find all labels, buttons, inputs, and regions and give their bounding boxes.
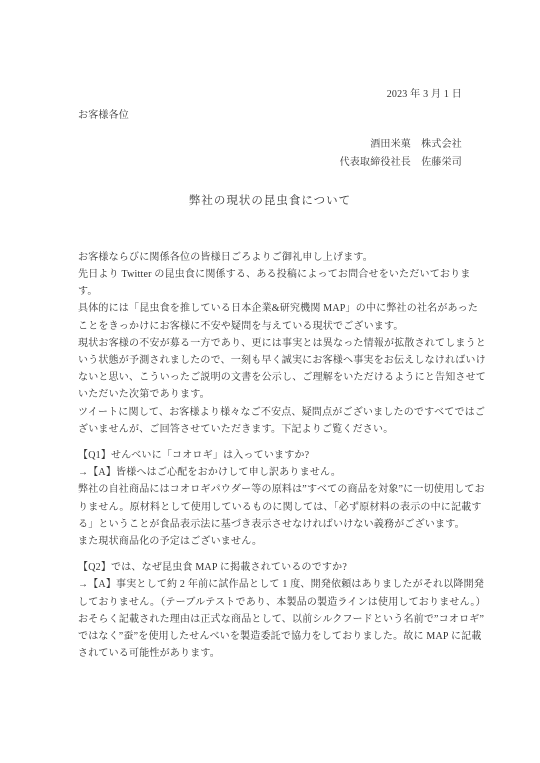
- q1-answer-line: 弊社の自社商品にはコオロギパウダー等の原料は”すべての商品を対象”に一切使用して…: [78, 481, 462, 498]
- q1-question: 【Q1】せんべいに「コオロギ」は入っていますか?: [78, 447, 462, 464]
- q1-answer-line: る」ということが食品表示法に基づき表示させなければいけない義務がございます。: [78, 516, 462, 533]
- q2-question: 【Q2】では、なぜ昆虫食 MAP に掲載されているのですか?: [78, 559, 462, 576]
- q2-block: 【Q2】では、なぜ昆虫食 MAP に掲載されているのですか? →【A】事実として…: [78, 559, 462, 662]
- intro-line: 現状お客様の不安が募る一方であり、更には事実とは異なった情報が拡散されてしまうと: [78, 335, 462, 352]
- q2-answer-line: おそらく記載された理由は正式な商品として、以前シルクフードという名前で”コオロギ…: [78, 611, 462, 628]
- q1-answer-line: りません。原材料として使用しているものに関しては、「必ず原材料の表示の中に記載す: [78, 499, 462, 516]
- company-name: 酒田米菓 株式会社: [78, 136, 462, 153]
- recipient-line: お客様各位: [78, 107, 462, 124]
- q2-answer-line: →【A】事実として約 2 年前に試作品として 1 度、開発依頼はありましたがそれ…: [78, 576, 462, 593]
- q2-answer-line: ではなく”蚕”を使用したせんべいを製造委託で協力をしておりました。故に MAP …: [78, 628, 462, 645]
- intro-line: ことをきっかけにお客様に不安や疑問を与えている現状でございます。: [78, 318, 462, 335]
- intro-line: いただいた次第であります。: [78, 386, 462, 403]
- q2-answer-line: されている可能性があります。: [78, 645, 462, 662]
- document-date: 2023 年 3 月 1 日: [78, 86, 462, 103]
- intro-line: 先日より Twitter の昆虫食に関係する、ある投稿によってお問合せをいただい…: [78, 266, 462, 283]
- intro-paragraph: お客様ならびに関係各位の皆様日ごろよりご御礼申し上げます。 先日より Twitt…: [78, 249, 462, 438]
- q1-block: 【Q1】せんべいに「コオロギ」は入っていますか? →【A】皆様へはご心配をおかけ…: [78, 447, 462, 550]
- q1-answer-line: また現状商品化の予定はございません。: [78, 533, 462, 550]
- document-title: 弊社の現状の昆虫食について: [78, 192, 462, 210]
- intro-line: ざいませんが、ご回答させていただきます。下記よりご覧ください。: [78, 421, 462, 438]
- intro-line: いう状態が予測されましたので、一刻も早く誠実にお客様へ事実をお伝えしなければいけ: [78, 352, 462, 369]
- document-page: 2023 年 3 月 1 日 お客様各位 酒田米菓 株式会社 代表取締役社長 佐…: [0, 0, 540, 763]
- intro-line: お客様ならびに関係各位の皆様日ごろよりご御礼申し上げます。: [78, 249, 462, 266]
- intro-line: ないと思い、こういったご説明の文書を公示し、ご理解をいただけるようにと告知させて: [78, 369, 462, 386]
- sender-block: 酒田米菓 株式会社 代表取締役社長 佐藤栄司: [78, 136, 462, 170]
- intro-line: す。: [78, 283, 462, 300]
- signer-name: 代表取締役社長 佐藤栄司: [78, 154, 462, 171]
- q2-answer-line: しておりません。（テーブルテストであり、本製品の製造ラインは使用しておりません。…: [78, 594, 462, 611]
- q1-answer-line: →【A】皆様へはご心配をおかけして申し訳ありません。: [78, 464, 462, 481]
- intro-line: 具体的には「昆虫食を推している日本企業&研究機関 MAP」の中に弊社の社名があっ…: [78, 300, 462, 317]
- intro-line: ツイートに関して、お客様より様々なご不安点、疑問点がございましたのですべてではご: [78, 404, 462, 421]
